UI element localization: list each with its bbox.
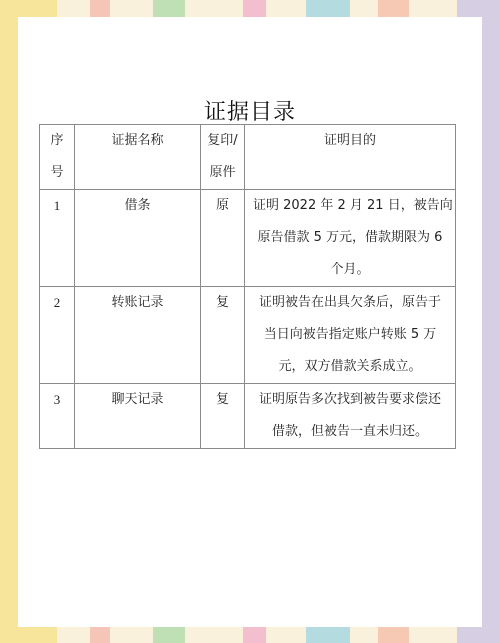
- document-title: 证据目录: [18, 95, 482, 126]
- row-evidence-name: 转账记录: [75, 287, 201, 384]
- purpose-line: 当日向被告指定账户转账 5 万: [253, 319, 447, 351]
- row-copy-or-original: 原: [201, 190, 245, 287]
- purpose-line: 证明原告多次找到被告要求偿还: [253, 384, 447, 416]
- purpose-line: 借款，但被告一直未归还。: [253, 416, 447, 448]
- row-index: 3: [40, 384, 75, 449]
- row-evidence-name: 借条: [75, 190, 201, 287]
- row-copy-or-original: 复: [201, 287, 245, 384]
- left-border-band: [0, 0, 18, 643]
- purpose-line: 证明被告在出具欠条后，原告于: [253, 287, 447, 319]
- purpose-line: 原告借款 5 万元，借款期限为 6: [253, 222, 447, 254]
- table-row: 2 转账记录 复 证明被告在出具欠条后，原告于 当日向被告指定账户转账 5 万 …: [40, 287, 456, 384]
- header-copy-line: 原件: [201, 157, 244, 189]
- header-index-line: 序: [40, 125, 74, 157]
- row-evidence-name: 聊天记录: [75, 384, 201, 449]
- row-purpose: 证明被告在出具欠条后，原告于 当日向被告指定账户转账 5 万 元，双方借款关系成…: [245, 287, 456, 384]
- header-copy-line: 复印/: [201, 125, 244, 157]
- purpose-line: 个月。: [253, 254, 447, 286]
- header-index: 序 号: [40, 125, 75, 190]
- row-purpose: 证明 2022 年 2 月 21 日，被告向 原告借款 5 万元，借款期限为 6…: [245, 190, 456, 287]
- row-copy-or-original: 复: [201, 384, 245, 449]
- row-index: 1: [40, 190, 75, 287]
- row-index: 2: [40, 287, 75, 384]
- header-evidence-name: 证据名称: [75, 125, 201, 190]
- table-header-row: 序 号 证据名称 复印/ 原件 证明目的: [40, 125, 456, 190]
- row-purpose: 证明原告多次找到被告要求偿还 借款，但被告一直未归还。: [245, 384, 456, 449]
- table-row: 1 借条 原 证明 2022 年 2 月 21 日，被告向 原告借款 5 万元，…: [40, 190, 456, 287]
- document-page: 证据目录 序 号 证据名称 复印/ 原件 证明目的: [18, 17, 482, 627]
- purpose-line: 元，双方借款关系成立。: [253, 351, 447, 383]
- header-copy-or-original: 复印/ 原件: [201, 125, 245, 190]
- header-purpose: 证明目的: [245, 125, 456, 190]
- right-border-band: [482, 0, 500, 643]
- header-index-line: 号: [40, 157, 74, 189]
- purpose-line: 证明 2022 年 2 月 21 日，被告向: [253, 190, 447, 222]
- table-row: 3 聊天记录 复 证明原告多次找到被告要求偿还 借款，但被告一直未归还。: [40, 384, 456, 449]
- evidence-table: 序 号 证据名称 复印/ 原件 证明目的 1 借条 原 证明 2022 年 2 …: [39, 124, 456, 449]
